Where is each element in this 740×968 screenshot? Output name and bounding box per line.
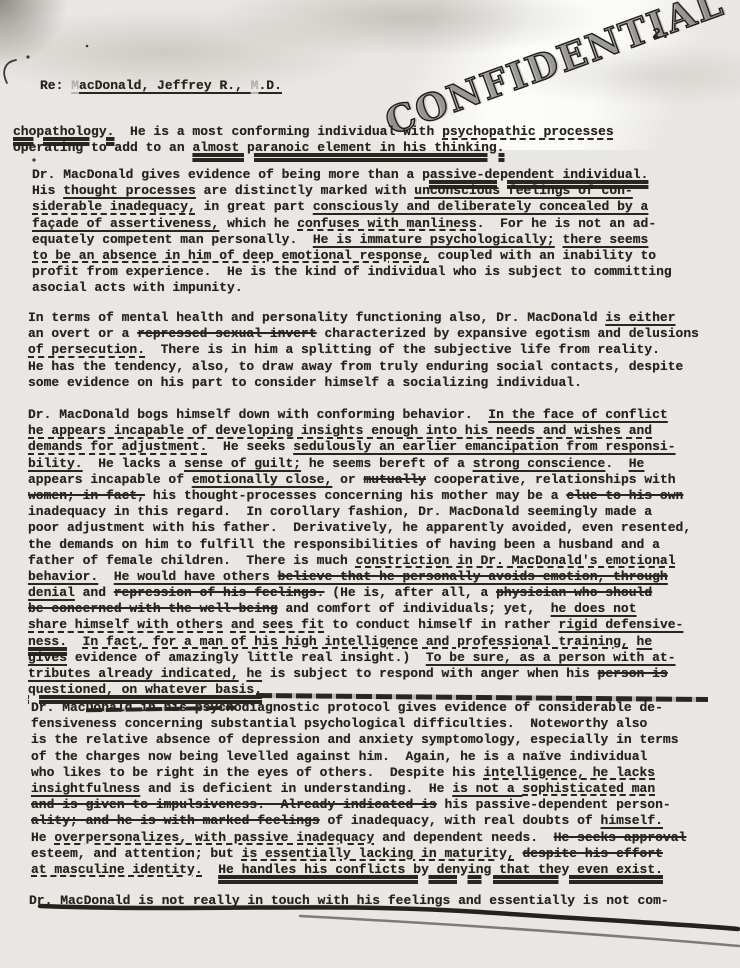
paragraph-2: Dr. MacDonald gives evidence of being mo… xyxy=(32,167,672,297)
scanned-document-page: CONFIDENTIAL 2. Re: MacDonald, Jeffrey R… xyxy=(0,0,740,968)
paragraph-5: Dr. MacDonald in his psychodiagnostic pr… xyxy=(31,700,686,878)
confidential-stamp: CONFIDENTIAL xyxy=(379,0,729,144)
paragraph-4: Dr. MacDonald bogs himself down with con… xyxy=(28,407,691,698)
page-number: 2. xyxy=(652,26,670,43)
ink-dot-3 xyxy=(86,45,89,48)
paragraph-6: Dr. MacDonald is not really in touch wit… xyxy=(29,893,669,909)
margin-mark xyxy=(4,60,16,83)
paragraph-1: chopathology. He is a most conforming in… xyxy=(13,124,614,156)
paragraph-3: In terms of mental health and personalit… xyxy=(28,310,699,391)
ink-dot-1 xyxy=(26,55,29,58)
bottom-underline-sweep xyxy=(40,906,738,929)
bottom-underline-sweep-echo xyxy=(300,916,739,946)
ink-dot-2 xyxy=(32,158,35,161)
re-line: Re: MacDonald, Jeffrey R., M.D. xyxy=(40,78,282,94)
